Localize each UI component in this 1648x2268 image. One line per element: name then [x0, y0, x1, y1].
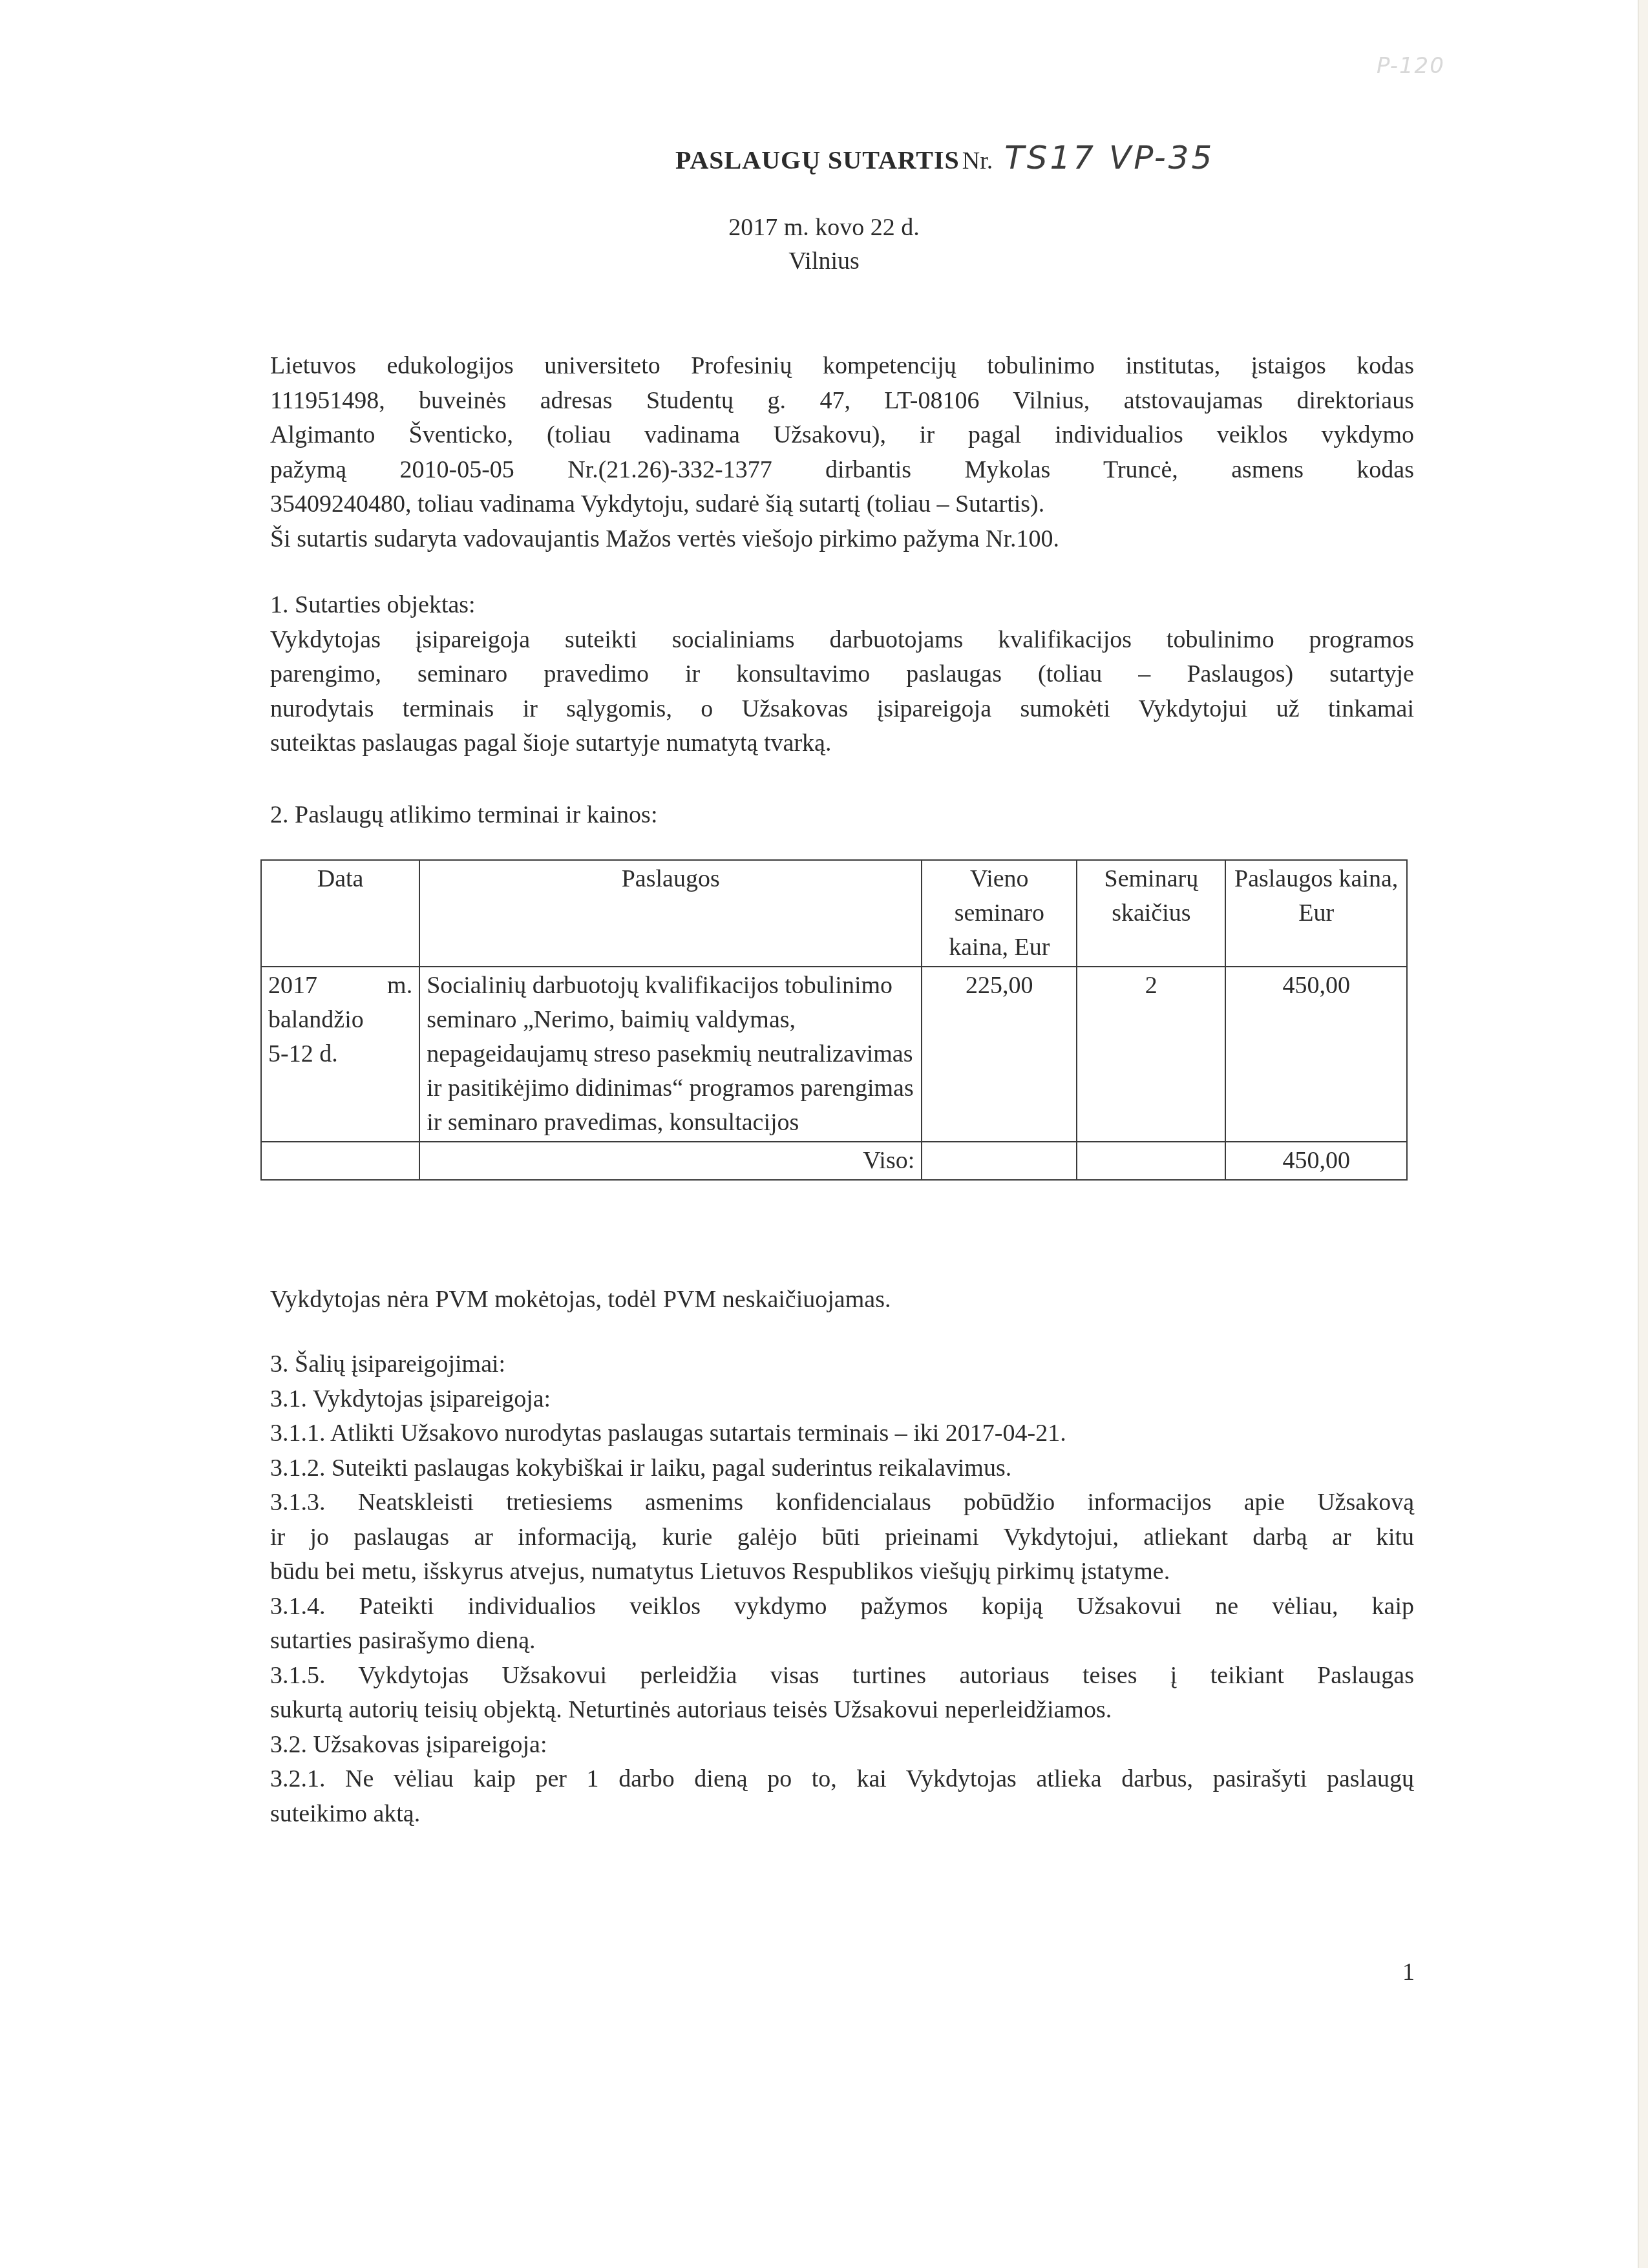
- clause-3-1-2: 3.1.2. Suteikti paslaugas kokybiškai ir …: [270, 1451, 1414, 1486]
- title-text: PASLAUGŲ SUTARTIS: [675, 145, 960, 174]
- intro-paragraph: Lietuvos edukologijos universiteto Profe…: [270, 349, 1414, 556]
- pencil-annotation: P-120: [1377, 53, 1445, 79]
- table-footer-row: Viso: 450,00: [261, 1142, 1407, 1180]
- section-2-heading: 2. Paslaugų atlikimo terminai ir kainos:: [270, 798, 1414, 833]
- clause-3-1: 3.1. Vykdytojas įsipareigoja:: [270, 1382, 1414, 1417]
- clause-3-2-1: suteikimo aktą.: [270, 1797, 1414, 1832]
- clause-3-2-1: 3.2.1. Ne vėliau kaip per 1 darbo dieną …: [270, 1762, 1414, 1797]
- cell-service: Socialinių darbuotojų kvalifikacijos tob…: [419, 967, 922, 1142]
- intro-line: pažymą 2010-05-05 Nr.(21.26)-332-1377 di…: [270, 453, 1414, 488]
- contract-city: Vilnius: [0, 247, 1648, 275]
- clause-3-1-1: 3.1.1. Atlikti Užsakovo nurodytas paslau…: [270, 1416, 1414, 1451]
- header-unit-price: Vieno seminaro kaina, Eur: [922, 860, 1077, 967]
- table-row: 2017 m. balandžio 5-12 d. Socialinių dar…: [261, 967, 1407, 1142]
- clause-3-1-3: ir jo paslaugas ar informaciją, kurie ga…: [270, 1520, 1414, 1555]
- date-line: 5-12 d.: [268, 1037, 412, 1071]
- services-table: Data Paslaugos Vieno seminaro kaina, Eur…: [260, 859, 1408, 1181]
- cell-grand-total: 450,00: [1225, 1142, 1407, 1180]
- intro-line: 35409240480, toliau vadinama Vykdytoju, …: [270, 487, 1414, 522]
- cell-empty: [1077, 1142, 1225, 1180]
- clause-3-1-3: 3.1.3. Neatskleisti tretiesiems asmenims…: [270, 1486, 1414, 1520]
- cell-empty: [922, 1142, 1077, 1180]
- cell-unit-price: 225,00: [922, 967, 1077, 1142]
- cell-total: 450,00: [1225, 967, 1407, 1142]
- scan-edge: [1638, 0, 1648, 2268]
- section-1-line: nurodytais terminais ir sąlygomis, o Užs…: [270, 692, 1414, 727]
- header-count: Seminarų skaičius: [1077, 860, 1225, 967]
- section-1-line: suteiktas paslaugas pagal šioje sutartyj…: [270, 726, 1414, 761]
- date-line: 2017 m.: [268, 969, 412, 1003]
- cell-empty: [261, 1142, 419, 1180]
- clause-3-1-4: sutarties pasirašymo dieną.: [270, 1624, 1414, 1659]
- header-date: Data: [261, 860, 419, 967]
- cell-count: 2: [1077, 967, 1225, 1142]
- intro-line: Lietuvos edukologijos universiteto Profe…: [270, 349, 1414, 384]
- contract-title: PASLAUGŲ SUTARTIS Nr. TS17 VP-35: [675, 139, 1214, 176]
- title-nr-label: Nr.: [962, 147, 993, 174]
- clause-3-1-4: 3.1.4. Pateikti individualios veiklos vy…: [270, 1590, 1414, 1624]
- clause-3-2: 3.2. Užsakovas įsipareigoja:: [270, 1728, 1414, 1763]
- cell-date: 2017 m. balandžio 5-12 d.: [261, 967, 419, 1142]
- intro-line: Algimanto Šventicko, (toliau vadinama Už…: [270, 418, 1414, 453]
- section-3: 3. Šalių įsipareigojimai: 3.1. Vykdytoja…: [270, 1347, 1414, 1831]
- section-3-heading: 3. Šalių įsipareigojimai:: [270, 1347, 1414, 1382]
- vat-note: Vykdytojas nėra PVM mokėtojas, todėl PVM…: [270, 1283, 1414, 1318]
- section-1-line: parengimo, seminaro pravedimo ir konsult…: [270, 657, 1414, 692]
- clause-3-1-3: būdu bei metu, išskyrus atvejus, numatyt…: [270, 1555, 1414, 1590]
- contract-date: 2017 m. kovo 22 d.: [0, 213, 1648, 242]
- intro-basis: Ši sutartis sudaryta vadovaujantis Mažos…: [270, 522, 1414, 557]
- section-1: 1. Sutarties objektas: Vykdytojas įsipar…: [270, 588, 1414, 761]
- clause-3-1-5: sukurtą autorių teisių objektą. Neturtin…: [270, 1693, 1414, 1728]
- clause-3-1-5: 3.1.5. Vykdytojas Užsakovui perleidžia v…: [270, 1659, 1414, 1694]
- table-header-row: Data Paslaugos Vieno seminaro kaina, Eur…: [261, 860, 1407, 967]
- intro-line: 111951498, buveinės adresas Studentų g. …: [270, 384, 1414, 419]
- header-services: Paslaugos: [419, 860, 922, 967]
- section-1-heading: 1. Sutarties objektas:: [270, 588, 1414, 623]
- page-number: 1: [1402, 1958, 1415, 1986]
- document-page: P-120 PASLAUGŲ SUTARTIS Nr. TS17 VP-35 2…: [0, 0, 1648, 2268]
- handwritten-contract-number: TS17 VP-35: [1004, 139, 1214, 176]
- section-1-line: Vykdytojas įsipareigoja suteikti sociali…: [270, 623, 1414, 658]
- date-line: balandžio: [268, 1003, 412, 1037]
- cell-total-label: Viso:: [419, 1142, 922, 1180]
- header-total: Paslaugos kaina, Eur: [1225, 860, 1407, 967]
